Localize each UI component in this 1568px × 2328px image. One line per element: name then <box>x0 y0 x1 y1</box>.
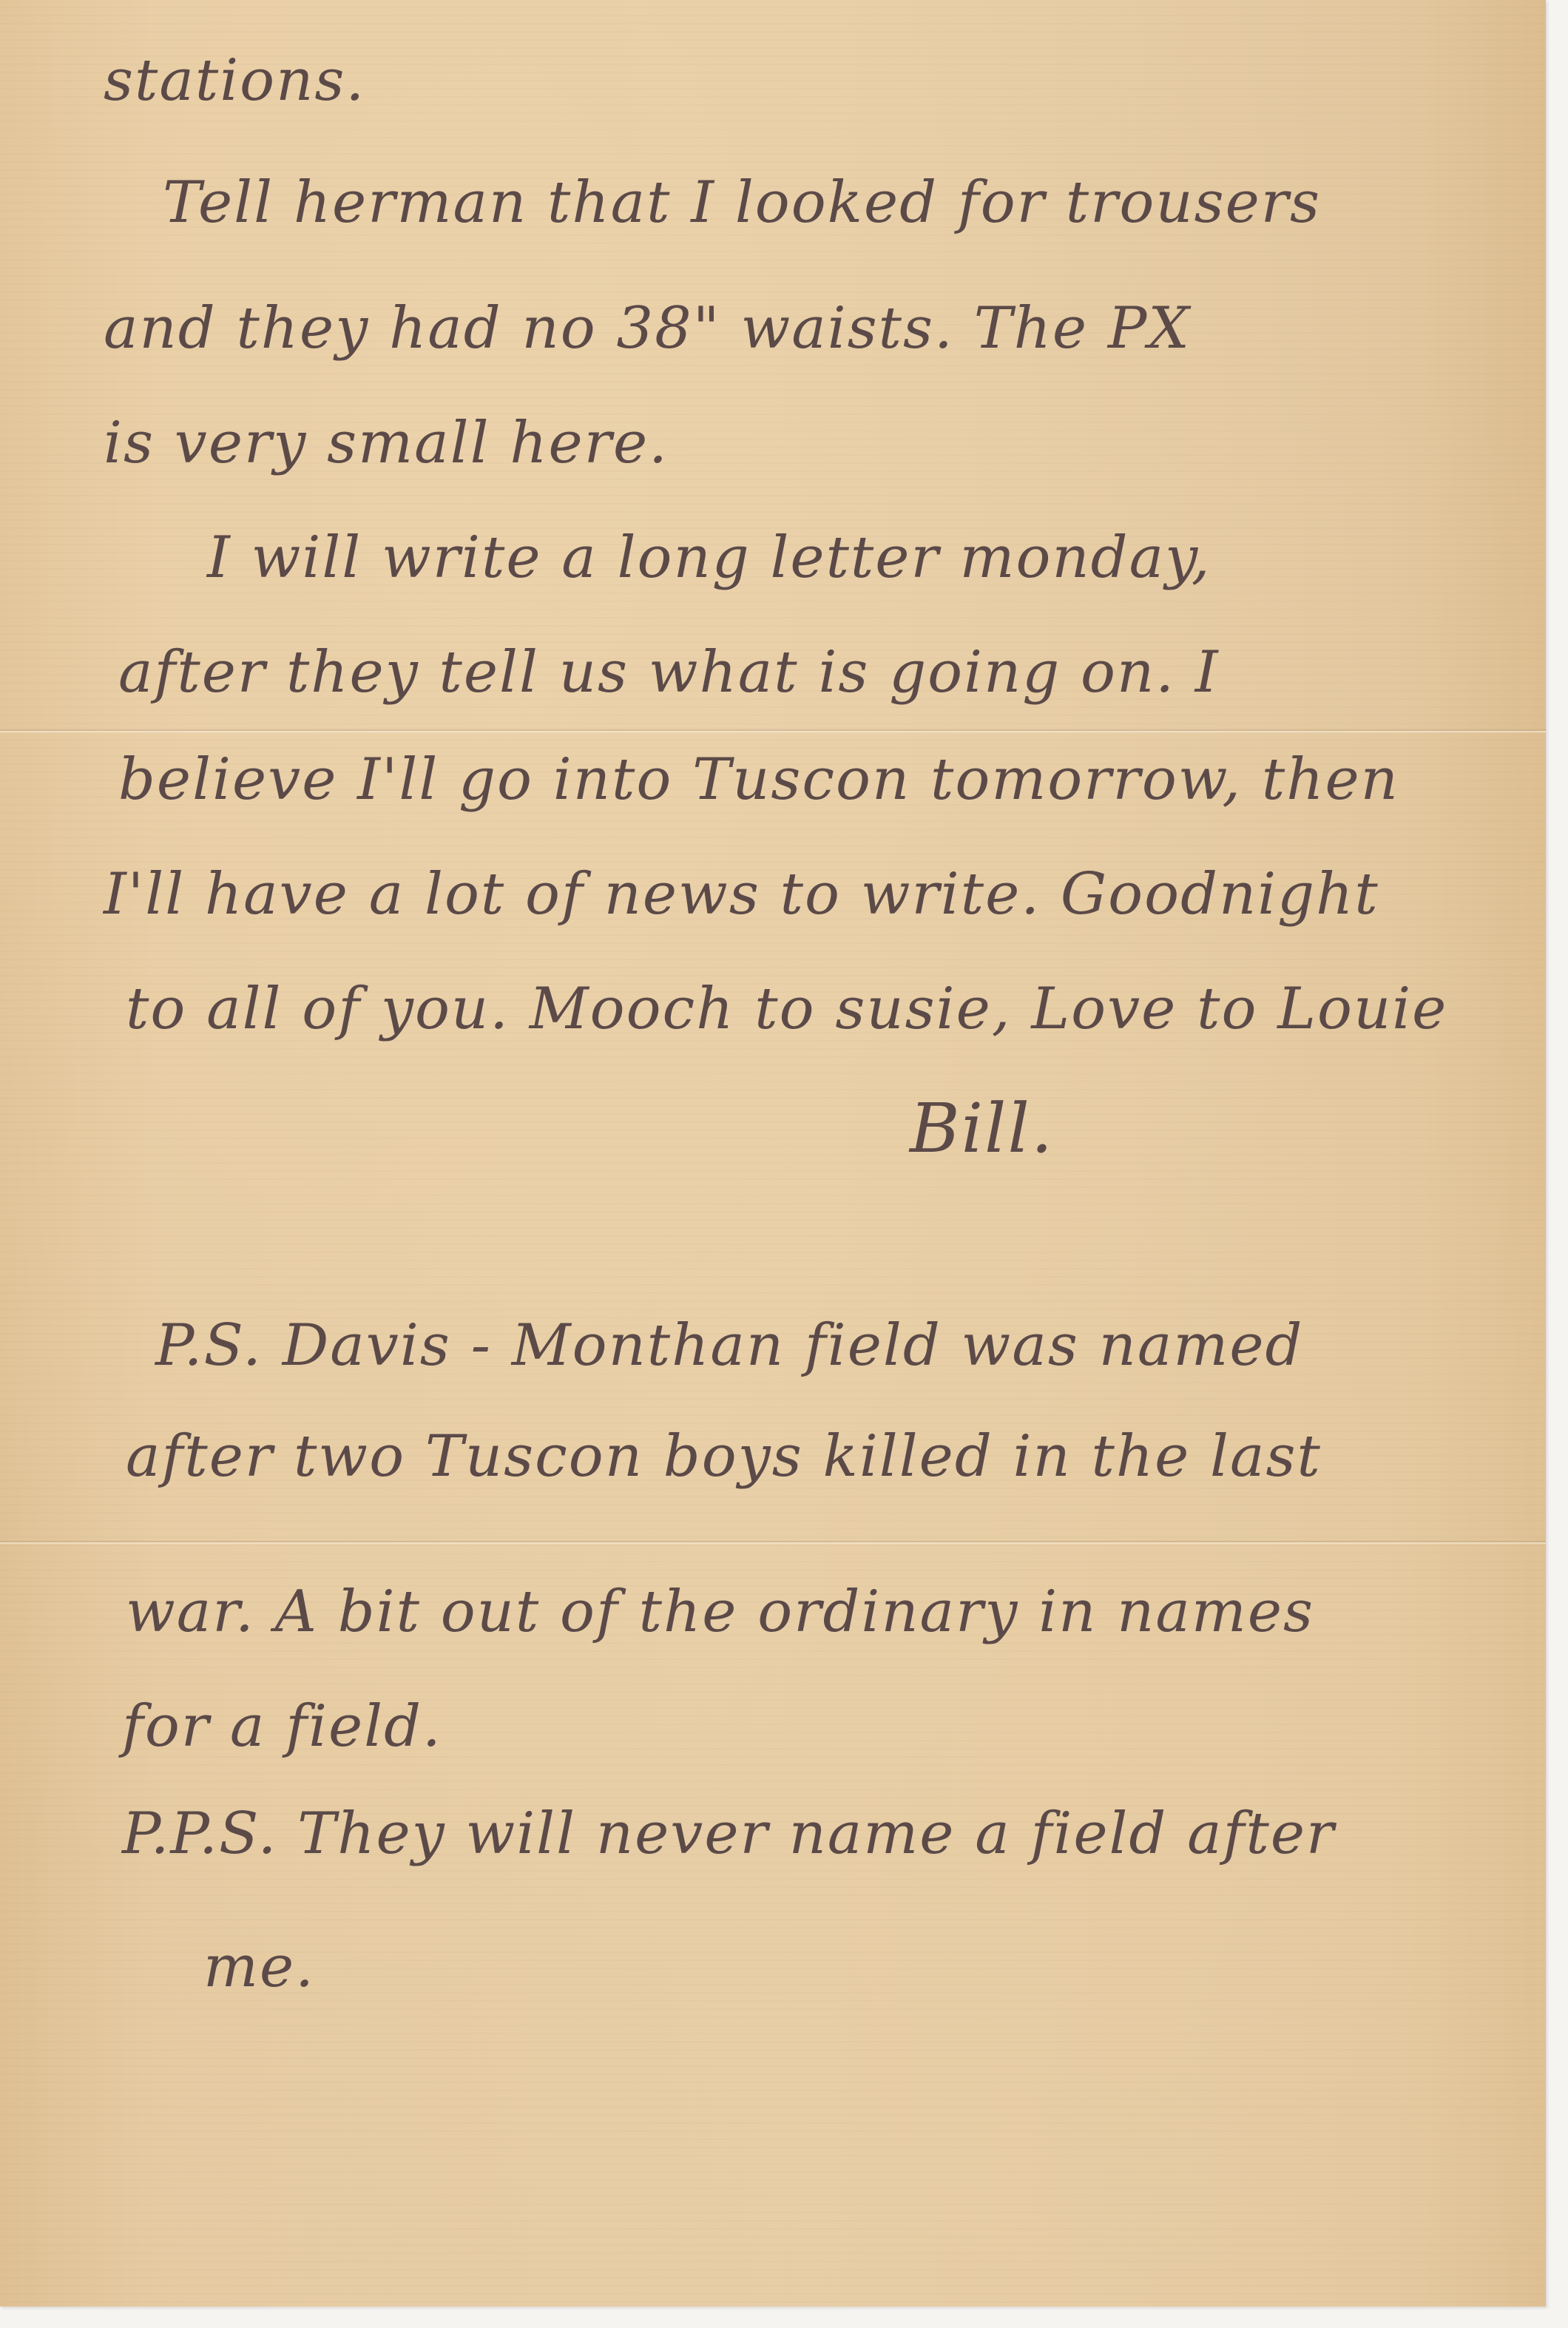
letter-line-2: Tell herman that I looked for trousers <box>163 174 1321 232</box>
postscript-line-3: war. A bit out of the ordinary in names <box>126 1583 1314 1641</box>
letter-page: stations. Tell herman that I looked for … <box>0 0 1546 2307</box>
letter-line-4: is very small here. <box>104 414 669 472</box>
postscript-line-1: P.S. Davis - Monthan field was named <box>155 1317 1303 1374</box>
post-postscript-line-1: P.P.S. They will never name a field afte… <box>122 1805 1335 1863</box>
fold-line-upper <box>0 729 1546 733</box>
letter-line-9: to all of you. Mooch to susie, Love to L… <box>126 980 1447 1038</box>
postscript-line-2: after two Tuscon boys killed in the last <box>126 1428 1322 1485</box>
letter-line-6: after they tell us what is going on. I <box>118 644 1220 701</box>
post-postscript-line-2: me. <box>203 1938 315 1996</box>
letter-line-8: I'll have a lot of news to write. Goodni… <box>104 866 1379 923</box>
fold-line-lower <box>0 1540 1546 1545</box>
letter-line-3: and they had no 38" waists. The PX <box>104 300 1191 357</box>
signature: Bill. <box>910 1095 1054 1163</box>
postscript-line-4: for a field. <box>122 1698 442 1755</box>
letter-line-1: stations. <box>104 52 365 109</box>
letter-line-5: I will write a long letter monday, <box>207 529 1212 587</box>
letter-line-7: believe I'll go into Tuscon tomorrow, th… <box>118 751 1399 809</box>
